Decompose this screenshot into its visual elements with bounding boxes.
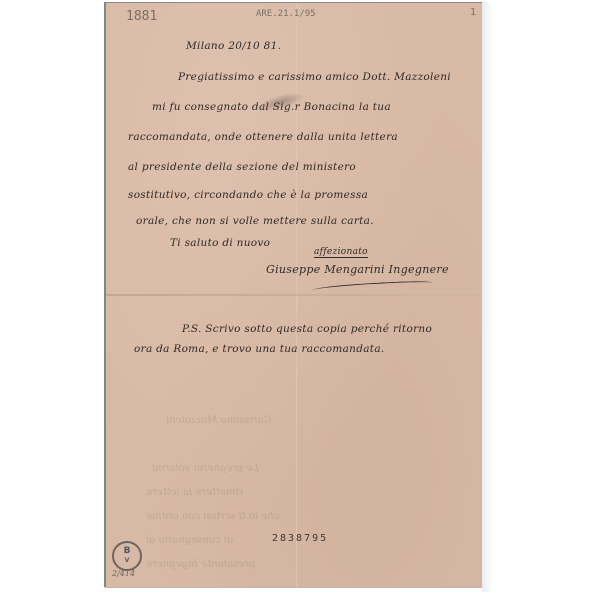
bleed-through-line: di consegnarla al xyxy=(146,535,233,546)
signature-flourish xyxy=(312,280,432,293)
bleed-through-line: Carissimo Mazzoleni xyxy=(166,415,271,426)
body-line-3: al presidente della sezione del minister… xyxy=(128,161,356,173)
postscript-line-1: P.S. Scrivo sotto questa copia perché ri… xyxy=(182,323,432,335)
inventory-number: 2838795 xyxy=(272,533,328,544)
page-number: 1 xyxy=(470,7,476,18)
closing-abbrev: affezionato xyxy=(314,247,368,258)
bleed-through-line: Le pregherei volermi xyxy=(152,463,259,474)
seal-code: 2/414 xyxy=(112,569,135,578)
signature: Giuseppe Mengarini Ingegnere xyxy=(266,263,449,276)
postscript-line-2: ora da Roma, e trovo una tua raccomandat… xyxy=(134,343,385,355)
archive-reference: ARE.21.1/95 xyxy=(256,9,316,19)
bleed-through-line: rimettere la lettera xyxy=(146,487,243,498)
salutation: Pregiatissimo e carissimo amico Dott. Ma… xyxy=(178,71,451,83)
bleed-through-line: che io ti scrissi con ordine xyxy=(146,511,279,522)
body-line-4: sostitutivo, circondando che è la promes… xyxy=(128,189,368,201)
letter-page: 1881 ARE.21.1/95 1 Milano 20/10 81. Preg… xyxy=(104,2,484,587)
body-line-5: orale, che non si volle mettere sulla ca… xyxy=(136,215,374,227)
body-line-2: raccomandata, onde ottenere dalla unita … xyxy=(128,131,398,143)
place-date: Milano 20/10 81. xyxy=(186,40,281,52)
library-seal-stamp: B V xyxy=(112,541,142,571)
horizontal-fold-line xyxy=(106,294,484,296)
seal-sub: V xyxy=(125,556,130,565)
seal-letter: B xyxy=(124,547,131,556)
year-annotation: 1881 xyxy=(126,9,157,24)
body-line-1: mi fu consegnato dal Sig.r Bonacina la t… xyxy=(152,101,391,113)
closing: Ti saluto di nuovo xyxy=(170,237,270,249)
scan-edge xyxy=(482,2,492,592)
bleed-through-line: presidente Ingegnere xyxy=(146,559,255,570)
